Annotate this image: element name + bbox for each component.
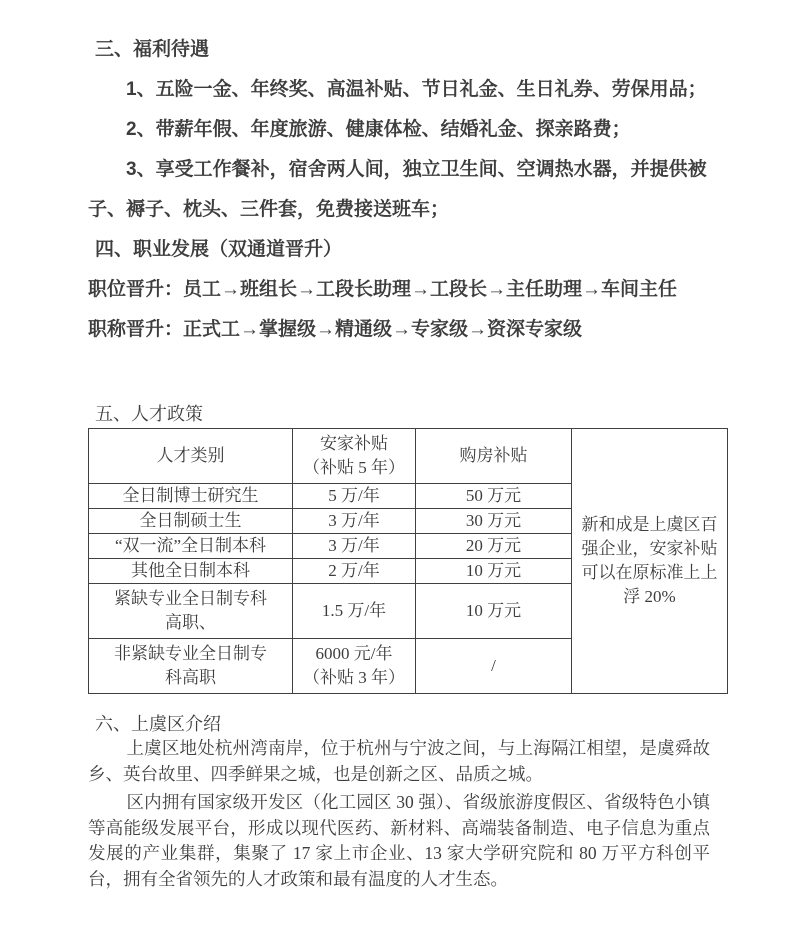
cell-housing: 10 万元 [416, 584, 572, 639]
welfare-heading: 三、福利待遇 [95, 30, 710, 70]
career-heading: 四、职业发展（双通道晋升） [95, 230, 710, 270]
header-housing-subsidy: 购房补贴 [416, 429, 572, 484]
welfare-item-1: 1、五险一金、年终奖、高温补贴、节日礼金、生日礼券、劳保用品； [88, 70, 710, 110]
shangyu-paragraph-1: 上虞区地处杭州湾南岸，位于杭州与宁波之间，与上海隔江相望，是虞舜故乡、英台故里、… [88, 736, 710, 787]
career-position-path: 职位晋升：员工→班组长→工段长助理→工段长→主任助理→车间主任 [88, 270, 710, 310]
cell-category: 非紧缺专业全日制专 科高职 [89, 639, 293, 694]
cell-housing: 30 万元 [416, 509, 572, 534]
cell-housing: 50 万元 [416, 484, 572, 509]
cell-category: 其他全日制本科 [89, 559, 293, 584]
talent-policy-table: 人才类别 安家补贴 （补贴 5 年） 购房补贴 新和成是上虞区百强企业，安家补贴… [88, 428, 728, 694]
cell-settling: 3 万/年 [293, 534, 416, 559]
cell-category: “双一流”全日制本科 [89, 534, 293, 559]
cell-settling: 1.5 万/年 [293, 584, 416, 639]
cell-housing: 20 万元 [416, 534, 572, 559]
welfare-item-3: 3、享受工作餐补，宿舍两人间，独立卫生间、空调热水器，并提供被子、褥子、枕头、三… [88, 150, 710, 230]
document-page: 三、福利待遇 1、五险一金、年终奖、高温补贴、节日礼金、生日礼券、劳保用品； 2… [0, 0, 790, 926]
cell-settling: 6000 元/年 （补贴 3 年） [293, 639, 416, 694]
header-talent-category: 人才类别 [89, 429, 293, 484]
cell-settling: 3 万/年 [293, 509, 416, 534]
cell-category: 全日制博士研究生 [89, 484, 293, 509]
shangyu-heading: 六、上虞区介绍 [95, 712, 710, 736]
welfare-item-2: 2、带薪年假、年度旅游、健康体检、结婚礼金、探亲路费； [88, 110, 710, 150]
table-header-row: 人才类别 安家补贴 （补贴 5 年） 购房补贴 新和成是上虞区百强企业，安家补贴… [89, 429, 728, 484]
cell-category: 全日制硕士生 [89, 509, 293, 534]
header-settling-subsidy: 安家补贴 （补贴 5 年） [293, 429, 416, 484]
career-title-path: 职称晋升：正式工→掌握级→精通级→专家级→资深专家级 [88, 310, 710, 350]
cell-housing: / [416, 639, 572, 694]
cell-category: 紧缺专业全日制专科 高职、 [89, 584, 293, 639]
cell-settling: 5 万/年 [293, 484, 416, 509]
talent-policy-heading: 五、人才政策 [95, 402, 710, 426]
cell-settling: 2 万/年 [293, 559, 416, 584]
shangyu-paragraph-2: 区内拥有国家级开发区（化工园区 30 强）、省级旅游度假区、省级特色小镇等高能级… [88, 790, 710, 892]
cell-housing: 10 万元 [416, 559, 572, 584]
table-note-cell: 新和成是上虞区百强企业，安家补贴可以在原标准上上浮 20% [572, 429, 728, 694]
